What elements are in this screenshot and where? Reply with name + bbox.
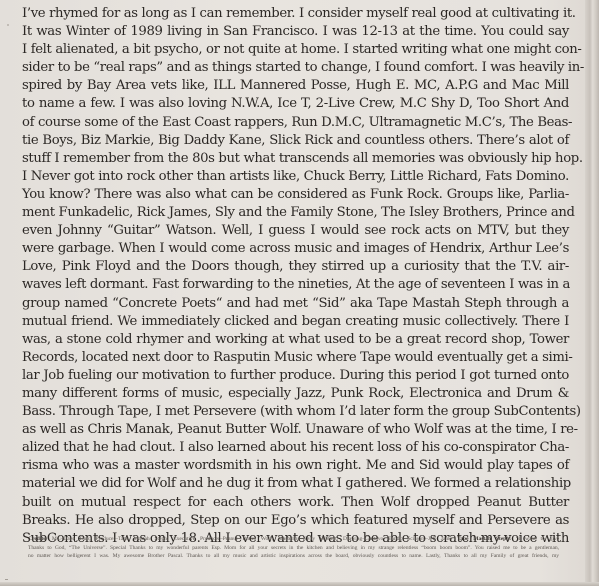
text-line: was, a stone cold rhymer and working at … bbox=[22, 331, 569, 349]
text-line: were garbage. When I would come across m… bbox=[22, 240, 569, 258]
text-line: It was Winter of 1989 living in San Fran… bbox=[22, 23, 569, 41]
credits-thanks-start: “I want to give bbox=[511, 536, 559, 542]
text-line: material we did for Wolf and he dug it f… bbox=[22, 475, 569, 493]
text-line: of course some of the East Coast rappers… bbox=[22, 114, 569, 132]
text-line: risma who was a master wordsmith in his … bbox=[22, 457, 569, 475]
text-line: waves left dormant. Fast forwarding to t… bbox=[22, 276, 569, 294]
text-line: spired by Bay Area vets like, ILL Manner… bbox=[22, 77, 569, 95]
text-line: Records, located next door to Rasputin M… bbox=[22, 349, 569, 367]
text-line: Love, Pink Floyd and the Doors though, t… bbox=[22, 258, 569, 276]
text-line: stuff I remember from the 80s but what t… bbox=[22, 150, 569, 168]
text-line: I felt alienated, a bit psycho, or not q… bbox=[22, 41, 569, 59]
liner-notes-body: I’ve rhymed for as long as I can remembe… bbox=[22, 5, 569, 548]
text-line: built on mutual respect for each others … bbox=[22, 494, 569, 512]
text-line: to name a few. I was also loving N.W.A, … bbox=[22, 95, 569, 113]
credits-block: Credits: MC–Dave Dub; Producer–Tape Mast… bbox=[28, 535, 559, 561]
text-line: even Johnny “Guitar” Watson. Well, I gue… bbox=[22, 222, 569, 240]
text-line: sider to be “real raps” and as things st… bbox=[22, 59, 569, 77]
text-line: tie Boys, Biz Markie, Big Daddy Kane, Sl… bbox=[22, 132, 569, 150]
text-line: lar Job fueling our motivation to furthe… bbox=[22, 367, 569, 385]
text-line: many different forms of music, especiall… bbox=[22, 385, 569, 403]
text-line: alized that he had clout. I also learned… bbox=[22, 439, 569, 457]
credits-line: Thanks to God, “The Universe”. Special T… bbox=[28, 544, 559, 553]
scanned-page: I’ve rhymed for as long as I can remembe… bbox=[0, 0, 599, 586]
page-edge-bottom bbox=[0, 582, 599, 586]
credits-thanks-heading: Tape Mastah Steph: bbox=[457, 536, 511, 542]
text-line: group named “Concrete Poets“ and had met… bbox=[22, 295, 569, 313]
credits-list: MC–Dave Dub; Producer–Tape Mastah Steph;… bbox=[47, 536, 457, 542]
text-line: Breaks. He also dropped, Step on our Ego… bbox=[22, 512, 569, 530]
text-line: I Never got into rock other than artists… bbox=[22, 168, 569, 186]
text-line: I’ve rhymed for as long as I can remembe… bbox=[22, 5, 569, 23]
text-line: You know? There was also what can be con… bbox=[22, 186, 569, 204]
credits-label: Credits: bbox=[28, 536, 47, 542]
corner-mark bbox=[5, 579, 8, 580]
paper-speck bbox=[7, 24, 9, 26]
text-line: ment Funkadelic, Rick James, Sly and the… bbox=[22, 204, 569, 222]
credits-line: Credits: MC–Dave Dub; Producer–Tape Mast… bbox=[28, 535, 559, 544]
page-edge-right bbox=[585, 0, 599, 586]
text-line: as well as Chris Manak, Peanut Butter Wo… bbox=[22, 421, 569, 439]
credits-line: no matter how belligerent I was. My awes… bbox=[28, 552, 559, 561]
text-line: mutual friend. We immediately clicked an… bbox=[22, 313, 569, 331]
text-line: Bass. Through Tape, I met Persevere (wit… bbox=[22, 403, 569, 421]
